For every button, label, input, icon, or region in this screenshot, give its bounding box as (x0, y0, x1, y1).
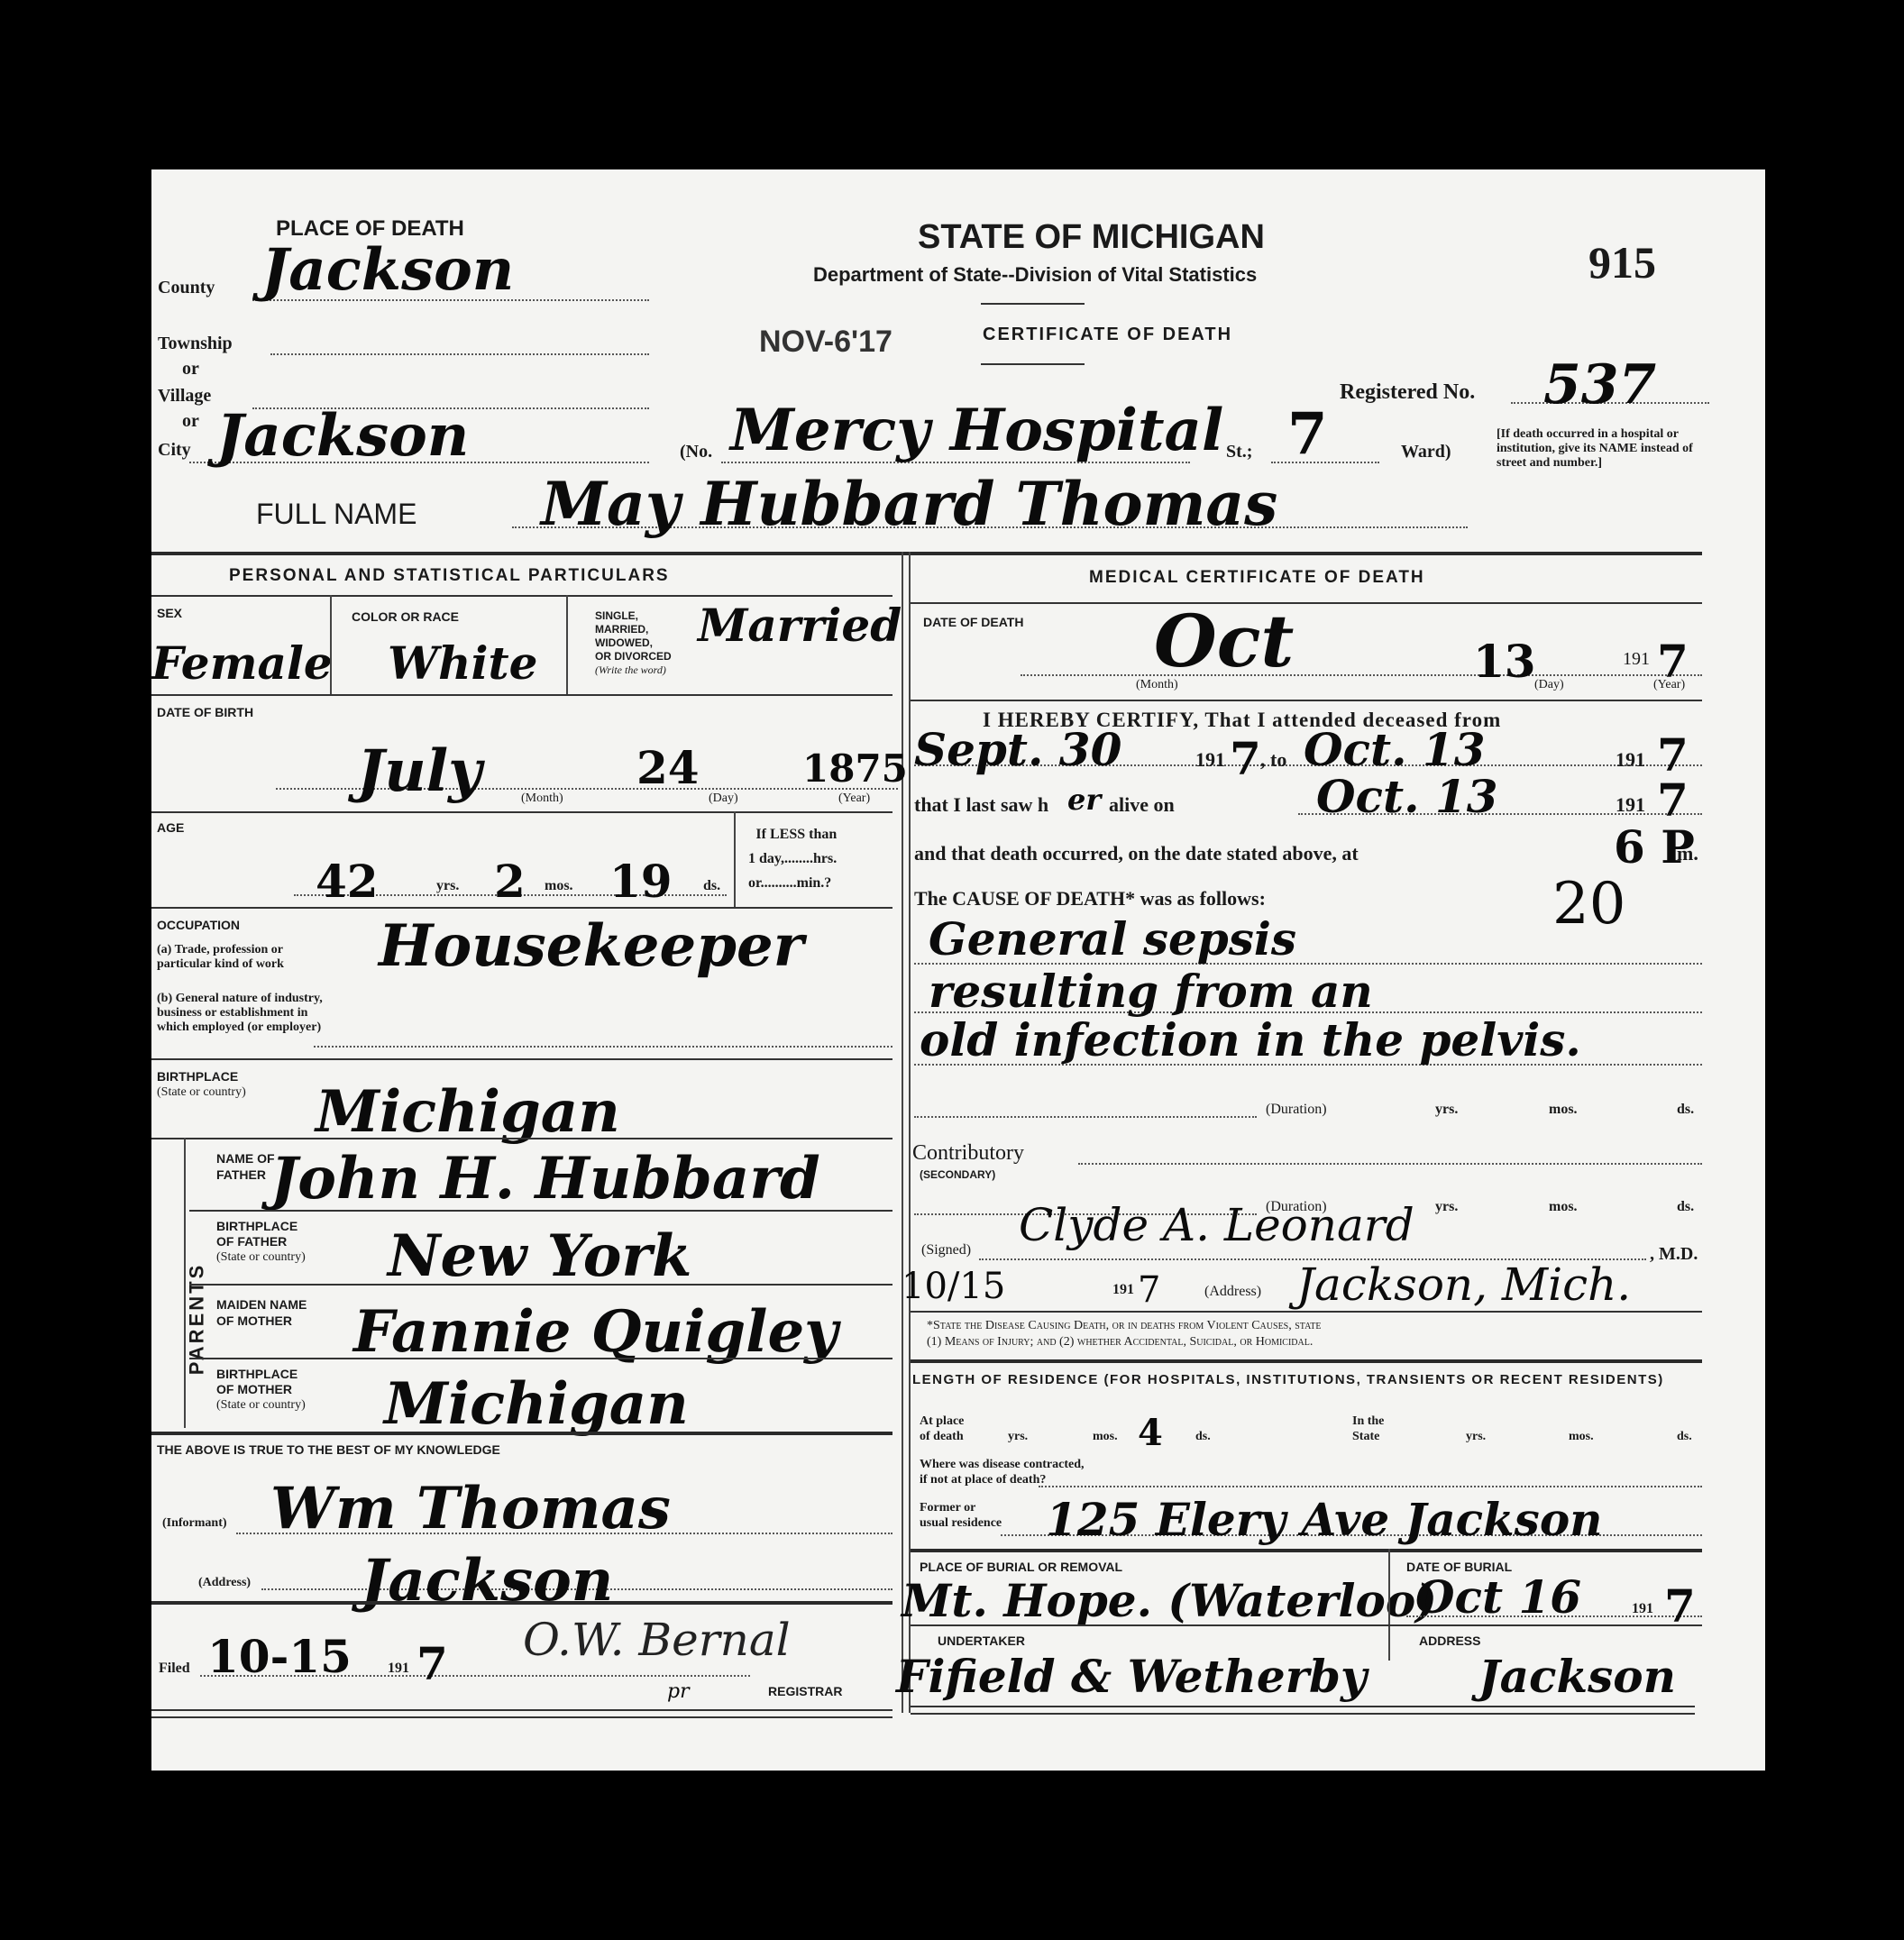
filed-label: Filed (159, 1661, 190, 1677)
occupation-b-label: (b) General nature of industry, business… (157, 992, 323, 1035)
mos-label: mos. (1093, 1430, 1118, 1444)
dob-label: DATE OF BIRTH (157, 705, 253, 719)
divider (189, 1284, 892, 1286)
last-saw-text-2: alive on (1109, 793, 1175, 817)
center-divider (902, 552, 903, 1713)
informant-value: Wm Thomas (270, 1475, 671, 1542)
institution-name: Mercy Hospital (730, 397, 1223, 464)
filed-year-prefix: 191 (388, 1661, 409, 1677)
cause-label: The CAUSE OF DEATH* was as follows: (914, 887, 1266, 911)
at-place-label: At place of death (920, 1414, 964, 1444)
death-time-text: and that death occurred, on the date sta… (914, 842, 1359, 865)
last-saw-text: that I last saw h (914, 793, 1048, 817)
department-title: Department of State--Division of Vital S… (813, 263, 1257, 287)
received-stamp: NOV-6'17 (759, 325, 892, 360)
md-label: , M.D. (1650, 1244, 1698, 1265)
signed-label: (Signed) (921, 1242, 971, 1258)
mos-label: mos. (1549, 1199, 1578, 1215)
yrs-label: yrs. (1435, 1102, 1458, 1118)
undertaker-address-label: ADDRESS (1419, 1633, 1480, 1648)
at-place-days: 4 (1138, 1412, 1163, 1454)
ds-label: ds. (1677, 1199, 1694, 1215)
attended-from-year-prefix: 191 (1195, 748, 1225, 772)
township-label: Township (158, 334, 233, 354)
age-days: 19 (609, 855, 673, 908)
divider (151, 1432, 892, 1435)
marital-status-value: Married (698, 599, 902, 652)
street-number-label: (No. (680, 442, 712, 462)
year-caption: (Year) (838, 792, 870, 806)
ward-value: 7 (1287, 400, 1328, 468)
last-saw-year-prefix: 191 (1616, 793, 1645, 817)
attended-from-date: Sept. 30 (914, 723, 1121, 776)
cause-line-1: General sepsis (929, 912, 1296, 965)
signed-year-suffix: 7 (1138, 1269, 1160, 1311)
full-name-value: May Hubbard Thomas (541, 469, 1277, 539)
yrs-label: yrs. (1008, 1430, 1028, 1444)
last-saw-date: Oct. 13 (1316, 770, 1498, 823)
file-number: 915 (1588, 236, 1656, 288)
mother-birthplace-value: Michigan (384, 1370, 689, 1438)
divider (911, 1706, 1695, 1707)
residence-label: LENGTH OF RESIDENCE (FOR HOSPITALS, INST… (912, 1372, 1697, 1388)
st-label: St.; (1226, 442, 1252, 462)
yrs-label: yrs. (1435, 1199, 1458, 1215)
divider (151, 1716, 892, 1718)
occupation-value: Housekeeper (379, 912, 803, 980)
contributory-label: Contributory (912, 1141, 1024, 1166)
ds-label: ds. (1677, 1102, 1694, 1118)
less-than-day-box: If LESS than 1 day,........hrs. or......… (748, 822, 837, 895)
physician-address: Jackson, Mich. (1296, 1258, 1631, 1311)
full-name-label: FULL NAME (256, 498, 416, 531)
physician-signature: Clyde A. Leonard (1019, 1199, 1414, 1251)
informant-label: (Informant) (162, 1516, 227, 1531)
registered-no: 537 (1543, 353, 1656, 416)
burial-year-prefix: 191 (1632, 1601, 1653, 1617)
county-label: County (158, 278, 215, 298)
divider (151, 1709, 892, 1711)
father-name-label: NAME OF FATHER (216, 1150, 275, 1183)
attended-to-date: Oct. 13 (1304, 723, 1486, 776)
color-value: White (388, 636, 537, 690)
city-label: City (158, 440, 191, 461)
yrs-label: yrs. (436, 878, 459, 894)
cause-code: 20 (1552, 871, 1625, 938)
divider (151, 811, 892, 813)
former-residence-value: 125 Elery Ave Jackson (1046, 1493, 1603, 1546)
certificate-title: CERTIFICATE OF DEATH (983, 325, 1232, 345)
ward-label: Ward) (1401, 442, 1451, 462)
or-label: or (182, 359, 199, 380)
undertaker-value: Fifield & Wetherby (896, 1650, 1367, 1703)
registered-no-label: Registered No. (1340, 380, 1475, 405)
divider (566, 595, 568, 694)
personal-section-title: PERSONAL AND STATISTICAL PARTICULARS (229, 566, 670, 586)
informant-statement: THE ABOVE IS TRUE TO THE BEST OF MY KNOW… (157, 1442, 500, 1457)
township-line (270, 353, 649, 355)
divider (911, 602, 1702, 604)
burial-date-value: Oct 16 (1415, 1570, 1581, 1624)
in-state-label: In the State (1352, 1414, 1384, 1444)
duration-label: (Duration) (1266, 1102, 1327, 1118)
divider (911, 700, 1702, 701)
age-label: AGE (157, 820, 184, 835)
age-months: 2 (494, 855, 526, 908)
divider (189, 1210, 892, 1212)
contracted-line (1039, 1486, 1702, 1487)
color-label: COLOR OR RACE (352, 609, 459, 624)
divider (151, 1601, 892, 1605)
contributory-line (1078, 1163, 1702, 1165)
mother-birthplace-label: BIRTHPLACE OF MOTHER (State or country) (216, 1367, 306, 1413)
county-value: Jackson (261, 236, 514, 304)
divider (330, 595, 332, 694)
attended-to-year-prefix: 191 (1616, 748, 1645, 772)
ds-label: ds. (1195, 1430, 1211, 1444)
divider (1388, 1549, 1390, 1661)
divider (911, 1713, 1695, 1715)
signed-date: 10/15 (902, 1266, 1005, 1307)
undertaker-address-value: Jackson (1478, 1650, 1676, 1703)
duration-line (914, 1116, 1257, 1118)
village-label: Village (158, 386, 211, 407)
physician-address-label: (Address) (1204, 1284, 1261, 1300)
month-caption: (Month) (521, 792, 563, 806)
sex-value: Female (151, 636, 333, 690)
burial-place-label: PLACE OF BURIAL OR REMOVAL (920, 1560, 1122, 1574)
industry-line (314, 1046, 892, 1048)
ds-label: ds. (1677, 1430, 1692, 1444)
divider (911, 1549, 1702, 1552)
last-saw-year-suffix: 7 (1657, 773, 1689, 827)
divider (911, 1359, 1702, 1363)
institution-note: [If death occurred in a hospital or inst… (1497, 427, 1709, 471)
day-caption: (Day) (709, 792, 738, 806)
cause-line-2: resulting from an (929, 965, 1373, 1018)
dob-month: July (357, 737, 481, 805)
registrar-label: REGISTRAR (768, 1684, 842, 1698)
divider (151, 694, 892, 696)
signed-year-prefix: 191 (1112, 1282, 1134, 1298)
divider (151, 1058, 892, 1060)
mos-label: mos. (1569, 1430, 1594, 1444)
ds-label: ds. (703, 878, 720, 894)
state-title: STATE OF MICHIGAN (918, 218, 1265, 257)
marital-status-label: SINGLE, MARRIED, WIDOWED, OR DIVORCED (W… (595, 609, 672, 677)
month-caption: (Month) (1136, 678, 1178, 692)
registrar-signature: O.W. Bernal (523, 1614, 791, 1666)
mother-name-label: MAIDEN NAME OF MOTHER (216, 1296, 307, 1329)
informant-address-label: (Address) (198, 1576, 251, 1590)
yrs-label: yrs. (1466, 1430, 1486, 1444)
mos-label: mos. (545, 878, 573, 894)
or-label: or (182, 411, 199, 432)
mother-name-value: Fannie Quigley (353, 1298, 838, 1366)
death-time-suffix: m. (1677, 842, 1698, 865)
cause-line-3: old infection in the pelvis. (920, 1013, 1581, 1066)
registrar-deputy-note: pr (667, 1680, 690, 1703)
divider (911, 1624, 1702, 1626)
occupation-label: OCCUPATION (157, 918, 240, 932)
father-birthplace-label: BIRTHPLACE OF FATHER (State or country) (216, 1219, 306, 1265)
sex-label: SEX (157, 606, 182, 620)
last-saw-pronoun: er (1067, 782, 1101, 817)
divider (184, 1138, 186, 1428)
medical-section-title: MEDICAL CERTIFICATE OF DEATH (1089, 568, 1425, 588)
contributory-sub: (SECONDARY) (920, 1168, 995, 1181)
birthplace-sub: (State or country) (157, 1085, 246, 1100)
father-name-value: John H. Hubbard (270, 1145, 820, 1212)
undertaker-label: UNDERTAKER (938, 1633, 1025, 1648)
divider (734, 811, 736, 907)
father-birthplace-value: New York (388, 1222, 691, 1290)
year-caption: (Year) (1653, 678, 1685, 692)
to-label: , to (1260, 748, 1286, 772)
divider (189, 1358, 892, 1359)
attended-from-year-suffix: 7 (1230, 732, 1261, 785)
contracted-label: Where was disease contracted, if not at … (920, 1457, 1085, 1487)
age-years: 42 (316, 855, 379, 908)
dod-month: Oct (1154, 599, 1294, 683)
dod-day: 13 (1473, 635, 1536, 688)
divider (981, 363, 1085, 365)
cause-footnote: *State the Disease Causing Death, or in … (927, 1318, 1321, 1350)
former-residence-label: Former or usual residence (920, 1500, 1002, 1531)
dob-year: 1875 (802, 746, 908, 791)
center-divider (909, 552, 911, 1713)
dod-year-prefix: 191 (1623, 649, 1650, 670)
divider (981, 303, 1085, 305)
divider (151, 907, 892, 909)
burial-place-value: Mt. Hope. (Waterloo) (902, 1574, 1437, 1627)
header-rule (151, 552, 1702, 555)
dod-line (1021, 674, 1702, 676)
divider (911, 1311, 1702, 1313)
divider (151, 1138, 892, 1139)
dod-label: DATE OF DEATH (923, 615, 1023, 629)
birthplace-label: BIRTHPLACE (157, 1069, 238, 1084)
filed-year-suffix: 7 (416, 1637, 448, 1690)
divider (151, 595, 892, 597)
filed-date: 10-15 (207, 1630, 352, 1683)
mos-label: mos. (1549, 1102, 1578, 1118)
day-caption: (Day) (1534, 678, 1564, 692)
occupation-a-label: (a) Trade, profession or particular kind… (157, 943, 284, 972)
dob-day: 24 (636, 741, 700, 794)
birthplace-value: Michigan (316, 1078, 620, 1146)
city-value: Jackson (216, 402, 469, 470)
